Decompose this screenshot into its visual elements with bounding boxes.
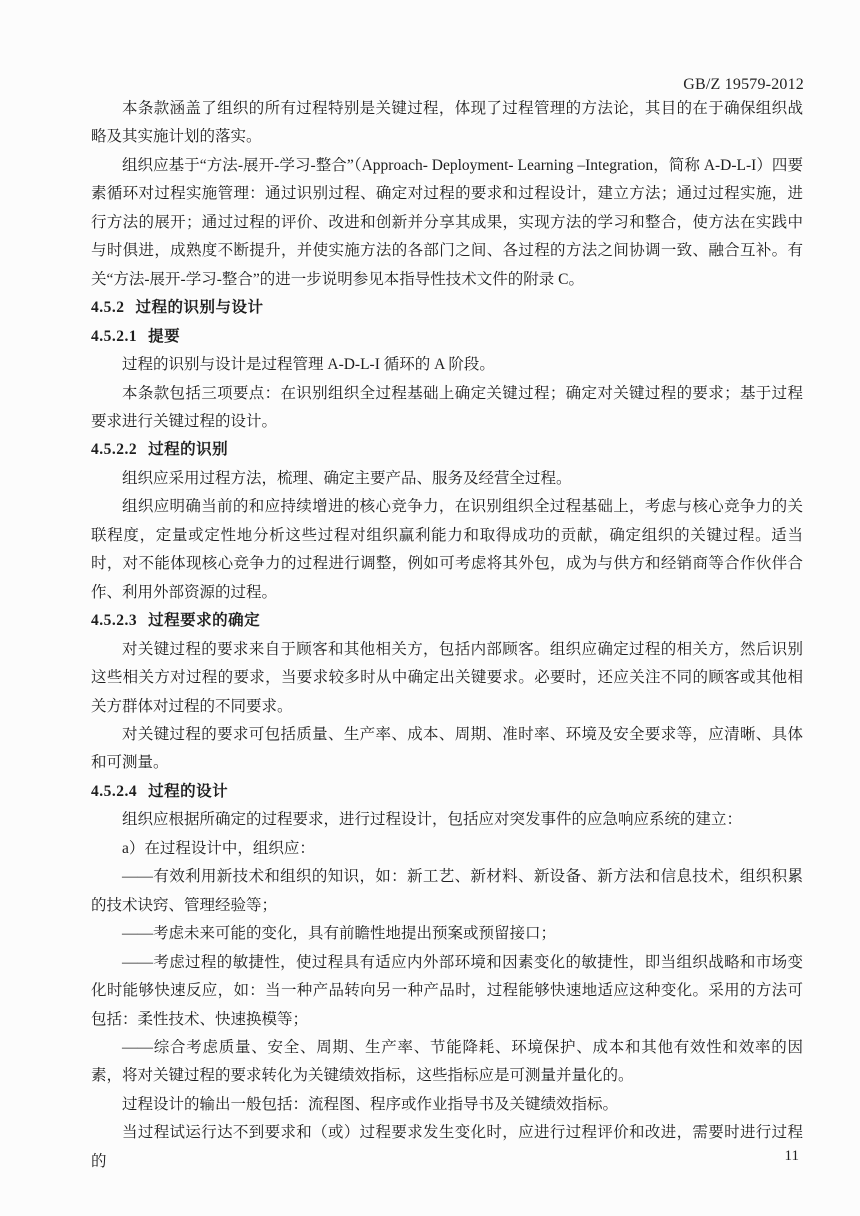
section-title: 提要 (148, 328, 180, 345)
document-body: 本条款涵盖了组织的所有过程特别是关键过程，体现了过程管理的方法论，其目的在于确保… (91, 95, 803, 1176)
paragraph: ——考虑未来可能的变化，具有前瞻性地提出预案或预留接口； (91, 920, 803, 948)
paragraph: 对关键过程的要求可包括质量、生产率、成本、周期、准时率、环境及安全要求等，应清晰… (91, 721, 803, 778)
paragraph: 过程设计的输出一般包括：流程图、程序或作业指导书及关键绩效指标。 (91, 1091, 803, 1119)
paragraph: 对关键过程的要求来自于顾客和其他相关方，包括内部顾客。组织应确定过程的相关方，然… (91, 636, 803, 721)
section-number: 4.5.2.1 (91, 328, 137, 345)
paragraph: 组织应明确当前的和应持续增进的核心竞争力，在识别组织全过程基础上，考虑与核心竞争… (91, 493, 803, 607)
section-heading: 4.5.2.3过程要求的确定 (91, 607, 803, 635)
paragraph: ——综合考虑质量、安全、周期、生产率、节能降耗、环境保护、成本和其他有效性和效率… (91, 1034, 803, 1091)
section-number: 4.5.2.4 (91, 783, 137, 800)
section-heading: 4.5.2过程的识别与设计 (91, 294, 803, 322)
section-title: 过程的识别与设计 (136, 299, 264, 316)
paragraph: 组织应采用过程方法，梳理、确定主要产品、服务及经营全过程。 (91, 465, 803, 493)
paragraph: 当过程试运行达不到要求和（或）过程要求发生变化时，应进行过程评价和改进，需要时进… (91, 1119, 803, 1176)
section-number: 4.5.2.2 (91, 441, 137, 458)
paragraph: ——有效利用新技术和组织的知识，如：新工艺、新材料、新设备、新方法和信息技术，组… (91, 863, 803, 920)
section-heading: 4.5.2.2过程的识别 (91, 436, 803, 464)
paragraph: 组织应基于“方法-展开-学习-整合”（Approach- Deployment-… (91, 152, 803, 294)
paragraph: ——考虑过程的敏捷性，使过程具有适应内外部环境和因素变化的敏捷性，即当组织战略和… (91, 949, 803, 1034)
section-number: 4.5.2 (91, 299, 125, 316)
paragraph: 组织应根据所确定的过程要求，进行过程设计，包括应对突发事件的应急响应系统的建立： (91, 806, 803, 834)
paragraph: a）在过程设计中，组织应： (91, 835, 803, 863)
section-title: 过程要求的确定 (148, 612, 260, 629)
page-number: 11 (785, 1148, 799, 1165)
section-heading: 4.5.2.1提要 (91, 323, 803, 351)
paragraph: 过程的识别与设计是过程管理 A-D-L-I 循环的 A 阶段。 (91, 351, 803, 379)
paragraph: 本条款涵盖了组织的所有过程特别是关键过程，体现了过程管理的方法论，其目的在于确保… (91, 95, 803, 152)
document-page: GB/Z 19579-2012 本条款涵盖了组织的所有过程特别是关键过程，体现了… (0, 0, 860, 1216)
section-title: 过程的设计 (148, 783, 228, 800)
standard-code-header: GB/Z 19579-2012 (683, 76, 804, 94)
section-title: 过程的识别 (148, 441, 228, 458)
section-heading: 4.5.2.4过程的设计 (91, 778, 803, 806)
section-number: 4.5.2.3 (91, 612, 137, 629)
paragraph: 本条款包括三项要点：在识别组织全过程基础上确定关键过程；确定对关键过程的要求；基… (91, 380, 803, 437)
